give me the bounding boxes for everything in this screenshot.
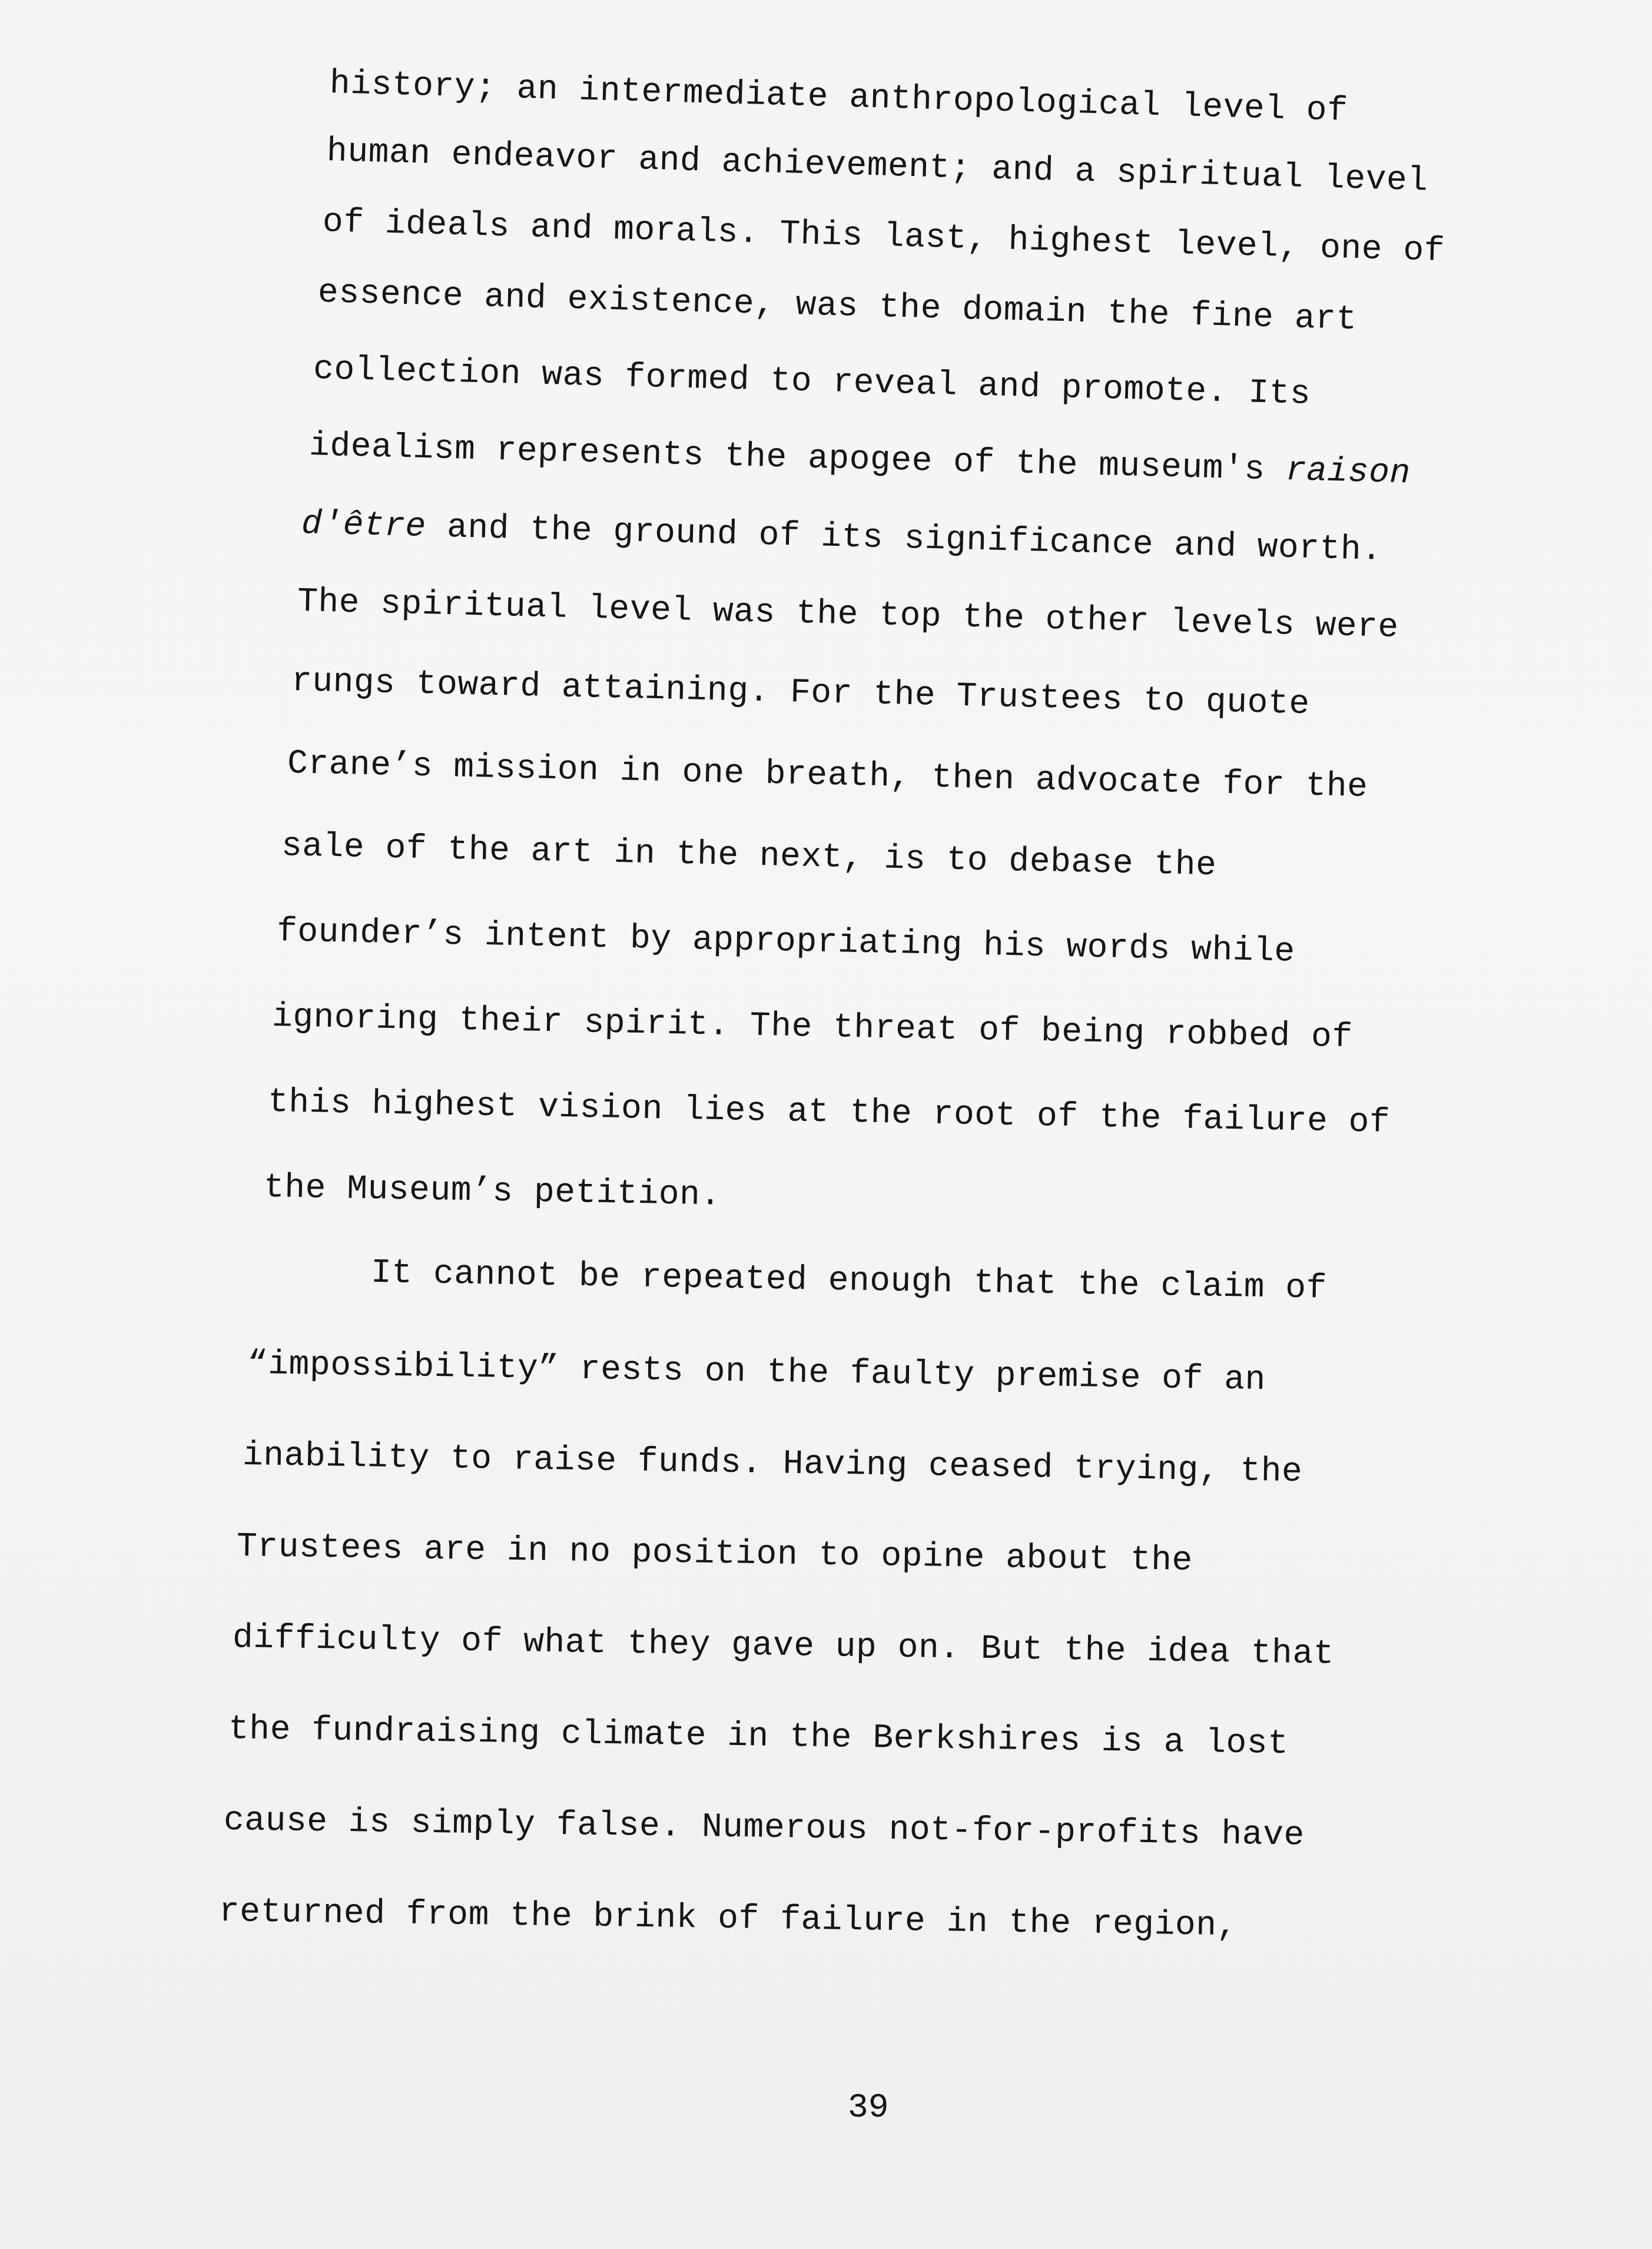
text-line-8: The spiritual level was the top the othe…: [297, 583, 1399, 647]
text-line-5: collection was formed to reveal and prom…: [313, 350, 1311, 414]
text-line-10: Crane’s mission in one breath, then advo…: [287, 745, 1368, 807]
text-line-3: of ideals and morals. This last, highest…: [322, 203, 1445, 271]
text-line-4: essence and existence, was the domain th…: [317, 274, 1357, 339]
text-line-21: the fundraising climate in the Berkshire…: [228, 1710, 1289, 1763]
page-number: 39: [848, 2089, 889, 2127]
text-line-18: inability to raise funds. Having ceased …: [242, 1437, 1302, 1491]
text-line-22: cause is simply false. Numerous not-for-…: [224, 1802, 1305, 1855]
text-line-15: the Museum’s petition.: [263, 1169, 721, 1215]
text-line-17: “impossibility” rests on the faulty prem…: [247, 1345, 1266, 1399]
text-line-7-rest: and the ground of its significance and w…: [426, 508, 1382, 570]
text-line-9: rungs toward attaining. For the Trustees…: [291, 662, 1310, 724]
text-line-11: sale of the art in the next, is to debas…: [281, 827, 1217, 885]
text-line-16: It cannot be repeated enough that the cl…: [370, 1254, 1327, 1308]
text-line-2: human endeavor and achievement; and a sp…: [326, 132, 1428, 201]
italic-phrase: raison: [1285, 452, 1411, 493]
text-line-13: ignoring their spirit. The threat of bei…: [271, 998, 1353, 1057]
text-line-1: history; an intermediate anthropological…: [329, 65, 1348, 131]
italic-phrase: d'être: [301, 505, 426, 546]
text-line-23: returned from the brink of failure in th…: [219, 1893, 1238, 1945]
text-line-6: idealism represents the apogee of the mu…: [308, 427, 1411, 493]
text-line-19: Trustees are in no position to opine abo…: [237, 1528, 1193, 1580]
text-line-12: founder’s intent by appropriating his wo…: [276, 913, 1295, 971]
text-line-7: d'être and the ground of its significanc…: [301, 505, 1382, 570]
document-page: history; an intermediate anthropological…: [0, 0, 1652, 2249]
text-line-14: this highest vision lies at the root of …: [267, 1083, 1390, 1142]
text-line-20: difficulty of what they gave up on. But …: [233, 1619, 1335, 1674]
